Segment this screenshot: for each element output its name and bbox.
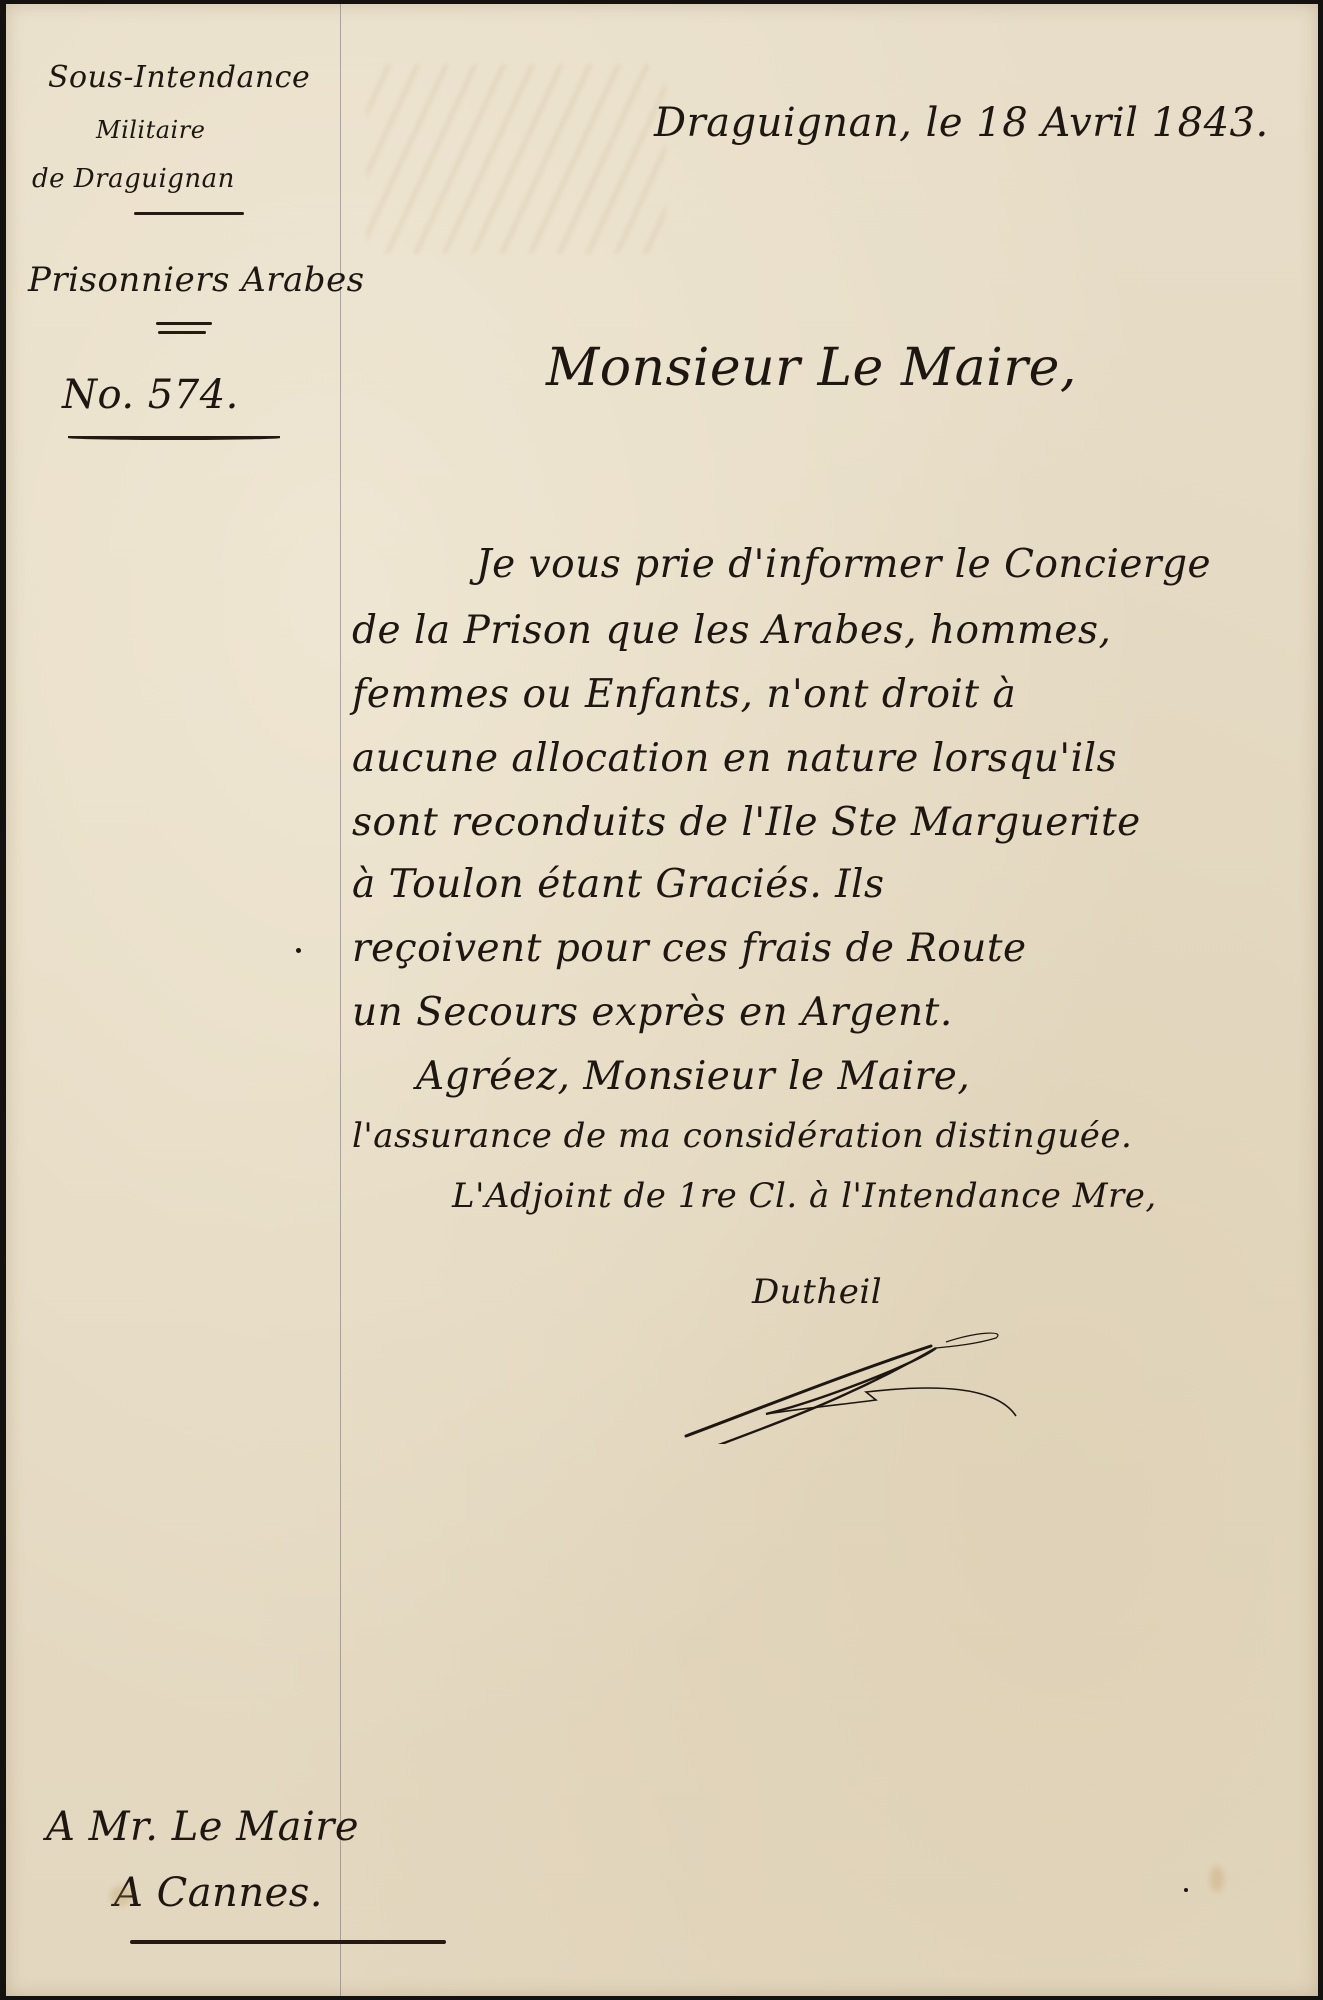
office-line-3: de Draguignan	[32, 164, 235, 194]
salutation: Monsieur Le Maire,	[546, 338, 1077, 398]
subject-double-underline-top	[156, 322, 212, 325]
subject-double-underline-bottom	[158, 331, 206, 334]
ink-bleed-through	[366, 64, 666, 254]
office-line-2: Militaire	[96, 116, 205, 144]
signature-flourish-icon	[676, 1324, 1036, 1444]
letter-number: No. 574.	[62, 372, 239, 418]
closing-line-2: l'assurance de ma considération distingu…	[352, 1116, 1132, 1156]
body-line-8: un Secours exprès en Argent.	[352, 990, 953, 1035]
dateline: Draguignan, le 18 Avril 1843.	[654, 100, 1269, 146]
ink-dot	[296, 948, 301, 953]
number-underline	[68, 436, 280, 440]
paper-stain	[1210, 1866, 1224, 1892]
body-line-6: à Toulon étant Graciés. Ils	[352, 862, 885, 907]
closing-line-1: Agréez, Monsieur le Maire,	[416, 1054, 970, 1099]
address-line-2: A Cannes.	[114, 1870, 323, 1916]
letter-sheet: Sous-Intendance Militaire de Draguignan …	[6, 4, 1318, 1996]
office-underline	[134, 212, 244, 215]
address-underline	[130, 1940, 446, 1944]
body-line-7: reçoivent pour ces frais de Route	[352, 926, 1027, 971]
address-line-1: A Mr. Le Maire	[46, 1804, 359, 1850]
body-line-4: aucune allocation en nature lorsqu'ils	[352, 736, 1117, 781]
margin-rule	[340, 4, 341, 1996]
subject-heading: Prisonniers Arabes	[28, 260, 365, 300]
body-line-5: sont reconduits de l'Ile Ste Marguerite	[352, 800, 1141, 845]
office-line-1: Sous-Intendance	[48, 60, 310, 95]
body-line-1: Je vous prie d'informer le Concierge	[476, 542, 1211, 587]
body-line-2: de la Prison que les Arabes, hommes,	[352, 608, 1111, 653]
ink-dot	[1184, 1888, 1188, 1892]
signature-name: Dutheil	[752, 1272, 882, 1312]
paper-stain	[110, 1886, 132, 1906]
body-line-3: femmes ou Enfants, n'ont droit à	[352, 672, 1016, 717]
closing-line-3: L'Adjoint de 1re Cl. à l'Intendance Mre,	[452, 1176, 1157, 1216]
